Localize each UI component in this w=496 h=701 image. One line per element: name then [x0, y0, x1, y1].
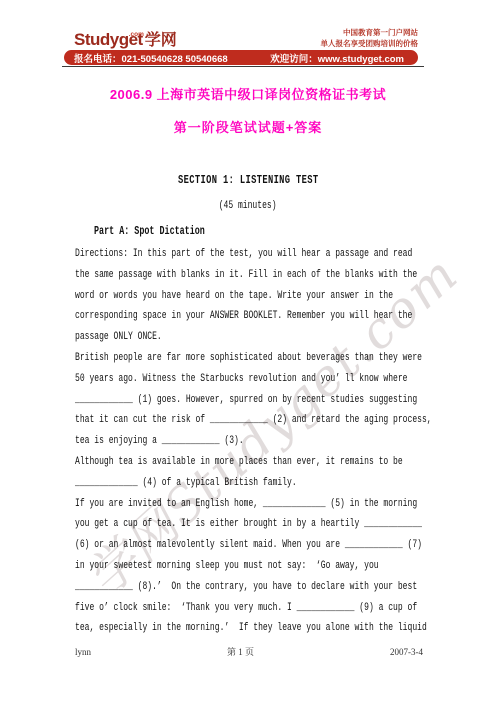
- tagline-line-2: 单人报名享受团购培训的价格: [321, 38, 419, 49]
- exam-subtitle: 第一阶段笔试试题+答案: [0, 117, 496, 136]
- body-line: British people are far more sophisticate…: [75, 346, 425, 367]
- section-heading: SECTION 1: LISTENING TEST: [178, 173, 319, 187]
- site-logo: Studyget.com学网: [74, 27, 177, 50]
- body-line: passage ONLY ONCE.: [75, 325, 425, 346]
- logo-brand-chinese: 学网: [145, 32, 177, 49]
- body-line-text: Directions: In this part of the test, yo…: [75, 244, 412, 265]
- body-line-text: tea, especially in the morning.’ If they…: [75, 618, 427, 639]
- body-line: _____________ (4) of a typical British f…: [75, 471, 425, 492]
- body-line: tea is enjoying a ____________ (3).: [75, 429, 425, 450]
- footer-date: 2007-3-4: [390, 647, 423, 657]
- body-line-text: Although tea is available in more places…: [75, 452, 403, 473]
- body-line: ____________ (1) goes. However, spurred …: [75, 388, 425, 409]
- footer-author: lynn: [75, 647, 91, 657]
- body-line: Directions: In this part of the test, yo…: [75, 242, 425, 263]
- body-line: corresponding space in your ANSWER BOOKL…: [75, 304, 425, 325]
- body-line: the same passage with blanks in it. Fill…: [75, 263, 425, 284]
- body-line-text: ____________ (8).’ On the contrary, you …: [75, 577, 417, 598]
- phone-label: 报名电话：021-50540628 50540668: [74, 51, 228, 65]
- body-line-text: 50 years ago. Witness the Starbucks revo…: [75, 369, 408, 390]
- body-line: in your sweetest morning sleep you must …: [75, 554, 425, 575]
- website-label: 欢迎访问：www.studyget.com: [270, 51, 404, 65]
- body-line: that it can cut the risk of ____________…: [75, 408, 425, 429]
- part-heading-row: Part A: Spot Dictation: [94, 221, 246, 239]
- part-heading: Part A: Spot Dictation: [94, 225, 205, 238]
- body-line-text: that it can cut the risk of ____________…: [75, 410, 432, 431]
- body-line-text: (6) or an almost malevolently silent mai…: [75, 535, 422, 556]
- body-line: If you are invited to an English home, _…: [75, 492, 425, 513]
- body-line-text: the same passage with blanks in it. Fill…: [75, 265, 417, 286]
- body-line-text: passage ONLY ONCE.: [75, 327, 162, 348]
- tagline-line-1: 中国教育第一门户网站: [321, 27, 419, 38]
- body-line-text: you get a cup of tea. It is either broug…: [75, 514, 422, 535]
- page-footer: lynn 第 1 页 2007-3-4: [75, 645, 423, 658]
- body-line: five o’ clock smile: ‘Thank you very muc…: [75, 596, 425, 617]
- footer-page-number: 第 1 页: [227, 645, 254, 658]
- section-duration-row: (45 minutes): [0, 195, 496, 213]
- body-line: 50 years ago. Witness the Starbucks revo…: [75, 367, 425, 388]
- body-line-text: tea is enjoying a ____________ (3).: [75, 431, 244, 452]
- body-line: Although tea is available in more places…: [75, 450, 425, 471]
- body-line-text: word or words you have heard on the tape…: [75, 286, 393, 307]
- passage-body: Directions: In this part of the test, yo…: [75, 242, 425, 637]
- body-line: you get a cup of tea. It is either broug…: [75, 512, 425, 533]
- body-line: ____________ (8).’ On the contrary, you …: [75, 575, 425, 596]
- document-page: Studyget.com学网 中国教育第一门户网站 单人报名享受团购培训的价格 …: [0, 0, 496, 701]
- body-line-text: If you are invited to an English home, _…: [75, 494, 417, 515]
- body-line-text: British people are far more sophisticate…: [75, 348, 422, 369]
- header-divider: [62, 66, 424, 67]
- header-tagline: 中国教育第一门户网站 单人报名享受团购培训的价格: [321, 27, 419, 49]
- body-line-text: five o’ clock smile: ‘Thank you very muc…: [75, 598, 417, 619]
- body-line-text: _____________ (4) of a typical British f…: [75, 473, 297, 494]
- body-line-text: ____________ (1) goes. However, spurred …: [75, 390, 417, 411]
- header-contact-bar: 报名电话：021-50540628 50540668 欢迎访问：www.stud…: [64, 50, 418, 65]
- body-line: tea, especially in the morning.’ If they…: [75, 616, 425, 637]
- body-line: (6) or an almost malevolently silent mai…: [75, 533, 425, 554]
- body-line-text: corresponding space in your ANSWER BOOKL…: [75, 306, 412, 327]
- exam-title: 2006.9 上海市英语中级口译岗位资格证书考试: [0, 84, 496, 103]
- section-heading-row: SECTION 1: LISTENING TEST: [0, 170, 496, 188]
- section-duration: (45 minutes): [219, 200, 277, 212]
- body-line-text: in your sweetest morning sleep you must …: [75, 556, 379, 577]
- body-line: word or words you have heard on the tape…: [75, 284, 425, 305]
